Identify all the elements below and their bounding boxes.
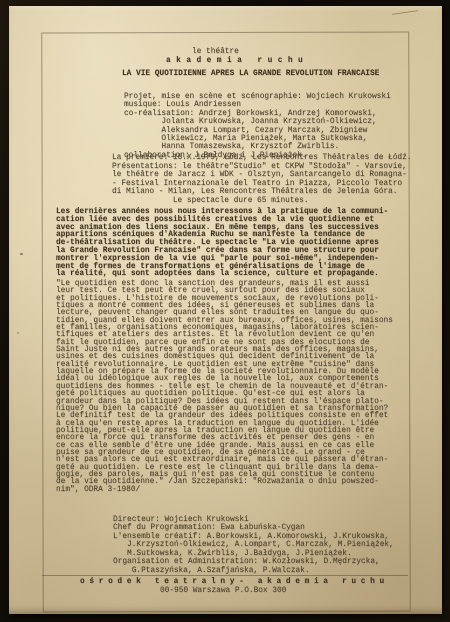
paper-speck bbox=[20, 253, 23, 255]
szczepanski-quote-paragraph: "Le quotidien est donc la sanction des g… bbox=[56, 281, 393, 494]
premiere-and-presentations-block: La première: 16.X.1979, Łódź, Les Rencon… bbox=[112, 154, 411, 206]
paper-speck bbox=[17, 332, 19, 334]
company-name: a k a d e m i a r u c h u bbox=[166, 57, 303, 65]
theatre-label: le théâtre bbox=[192, 48, 239, 56]
introduction-paragraph: Les dernières années nous nous interesso… bbox=[56, 209, 388, 279]
credits-block: Projet, mise en scène et scénographie: W… bbox=[124, 93, 391, 160]
staff-credits-block: Directeur: Wojciech Krukowski Chef du Pr… bbox=[113, 516, 394, 575]
postal-address: 00-950 Warszawa P.O.Box 300 bbox=[160, 587, 286, 595]
organisation-name-footer: o ś r o d e k t e a t r a l n y - a k a … bbox=[80, 578, 384, 586]
show-title: LA VIE QUOTIDIENNE APRES LA GRANDE REVOL… bbox=[122, 70, 379, 78]
photographed-document: le théâtre a k a d e m i a r u c h u LA … bbox=[0, 0, 450, 622]
